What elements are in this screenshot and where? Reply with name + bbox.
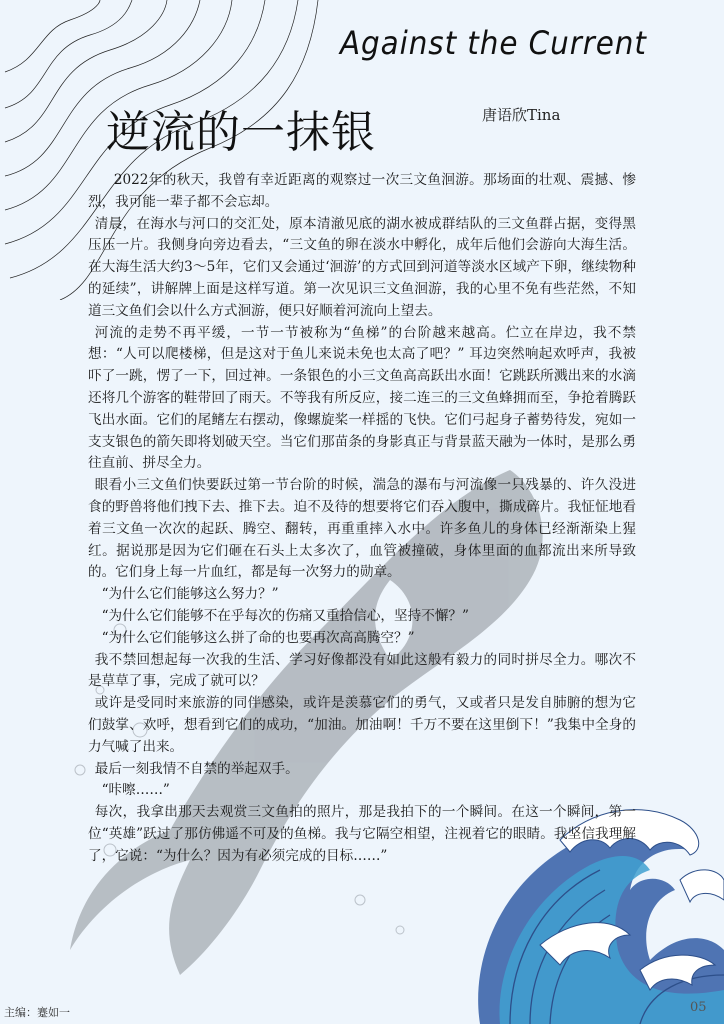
editor-credit: 主编：蹇如一 <box>4 1004 70 1020</box>
paragraph: 2022年的秋天，我曾有幸近距离的观察过一次三文鱼洄游。那场面的壮观、震撼、惨烈… <box>88 170 636 214</box>
paragraph: 或许是受同时来旅游的同伴感染，或许是羡慕它们的勇气，又或者只是发自肺腑的想为它们… <box>88 693 636 758</box>
quote-line: “咔嚓……” <box>88 780 636 802</box>
english-title: Against the Current <box>340 24 647 62</box>
paragraph: 我不禁回想起每一次我的生活、学习好像都没有如此这般有毅力的同时拼尽全力。哪次不是… <box>88 650 636 694</box>
quote-line: “为什么它们能够这么拼了命的也要再次高高腾空？” <box>88 628 636 650</box>
article-body: 2022年的秋天，我曾有幸近距离的观察过一次三文鱼洄游。那场面的壮观、震撼、惨烈… <box>88 170 636 868</box>
paragraph: 最后一刻我情不自禁的举起双手。 <box>88 759 636 781</box>
quote-line: “为什么它们能够不在乎每次的伤痛又重拾信心，坚持不懈？” <box>88 606 636 628</box>
chinese-title: 逆流的一抹银 <box>106 96 376 160</box>
paragraph: 河流的走势不再平缓，一节一节被称为“鱼梯”的台阶越来越高。伫立在岸边，我不禁想：… <box>88 323 636 476</box>
paragraph: 眼看小三文鱼们快要跃过第一节台阶的时候，湍急的瀑布与河流像一只残暴的、许久没进食… <box>88 475 636 584</box>
magazine-page: Against the Current 逆流的一抹银 唐语欣Tina 2022年… <box>0 0 724 1024</box>
paragraph: 清晨，在海水与河口的交汇处，原本清澈见底的湖水被成群结队的三文鱼群占据，变得黑压… <box>88 214 636 323</box>
author-byline: 唐语欣Tina <box>482 104 560 125</box>
paragraph: 每次，我拿出那天去观赏三文鱼拍的照片，那是我拍下的一个瞬间。在这一个瞬间，第一位… <box>88 802 636 867</box>
page-number: 05 <box>690 1000 707 1015</box>
quote-line: “为什么它们能够这么努力？” <box>88 584 636 606</box>
